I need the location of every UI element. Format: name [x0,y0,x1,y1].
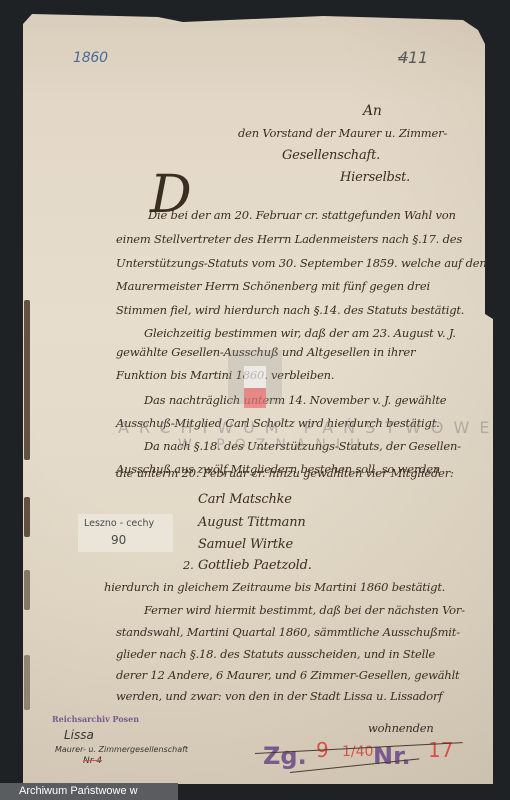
closing-line: Ferner wird hiermit bestimmt, daß bei de… [144,603,465,617]
body-line-last: die unterm 20. Februar cr. hinzu gewählt… [116,466,454,480]
year-note: 1860 [73,50,108,66]
body-line: Unterstützungs-Statuts vom 30. September… [116,256,487,270]
member-name: Carl Matschke [198,492,292,507]
pencil-note-place: Lissa [64,728,94,742]
registry-zg-label: Zg. [263,742,307,770]
catchword: wohnenden [368,721,434,735]
body-line: Funktion bis Martini 1860. verbleiben. [116,368,334,382]
closing-line: glieder nach §.18. des Statuts ausscheid… [116,647,435,661]
folio-number: 411 [398,48,428,67]
address-line-1: den Vorstand der Maurer u. Zimmer- [238,126,447,140]
closing-line: standswahl, Martini Quartal 1860, sämmtl… [116,625,460,639]
member-name: Gottlieb Paetzold. [198,558,312,573]
body-line: einem Stellvertreter des Herrn Ladenmeis… [116,232,462,246]
folio-struck: 4 [398,48,408,67]
closing-line: derer 12 Andere, 6 Maurer, und 6 Zimmer-… [116,668,459,682]
pencil-note-subject: Maurer- u. Zimmergesellenschaft [55,745,188,754]
archive-label-line-1: Leszno - cechy [84,518,154,529]
archive-label-line-2: 90 [111,533,126,547]
member-prefix: 2. [183,558,194,572]
body-line: Gleichzeitig bestimmen wir, daß der am 2… [144,326,456,340]
archive-logo-red [244,388,266,408]
binding-mark [24,300,30,460]
address-line-2: Gesellenschaft. [282,148,380,163]
body-line: Stimmen fiel, wird hierdurch nach §.14. … [116,303,464,317]
archive-caption: Archiwum Państwowe w Poznaniu [0,783,178,800]
address-line-3: Hierselbst. [340,170,410,185]
closing-line: werden, und zwar: von den in der Stadt L… [116,689,442,703]
body-line: Maurermeister Herrn Schönenberg mit fünf… [116,279,430,293]
registry-nr-value: 17 [428,738,453,762]
pencil-note-struck-ref: Nr 4 [83,756,102,766]
binding-mark [24,570,30,610]
member-name: August Tittmann [198,515,306,530]
address-salutation: An [363,103,382,119]
folio-value: 11 [408,48,428,67]
reichsarchiv-stamp: Reichsarchiv Posen [52,714,139,724]
body-line: Das nachträglich unterm 14. November v. … [144,393,446,407]
watermark-line-1: ARCHIWUM PAŃSTWOWE [118,418,499,437]
closing-line: hierdurch in gleichem Zeitraume bis Mart… [104,580,445,594]
archive-label: Leszno - cechy 90 [78,514,173,552]
binding-mark [24,655,30,710]
member-name: Samuel Wirtke [198,537,293,552]
body-line: Die bei der am 20. Februar cr. stattgefu… [148,208,456,222]
archive-logo-white [244,366,266,388]
watermark-line-2: W POZNANIU [178,437,370,453]
binding-mark [24,497,30,537]
